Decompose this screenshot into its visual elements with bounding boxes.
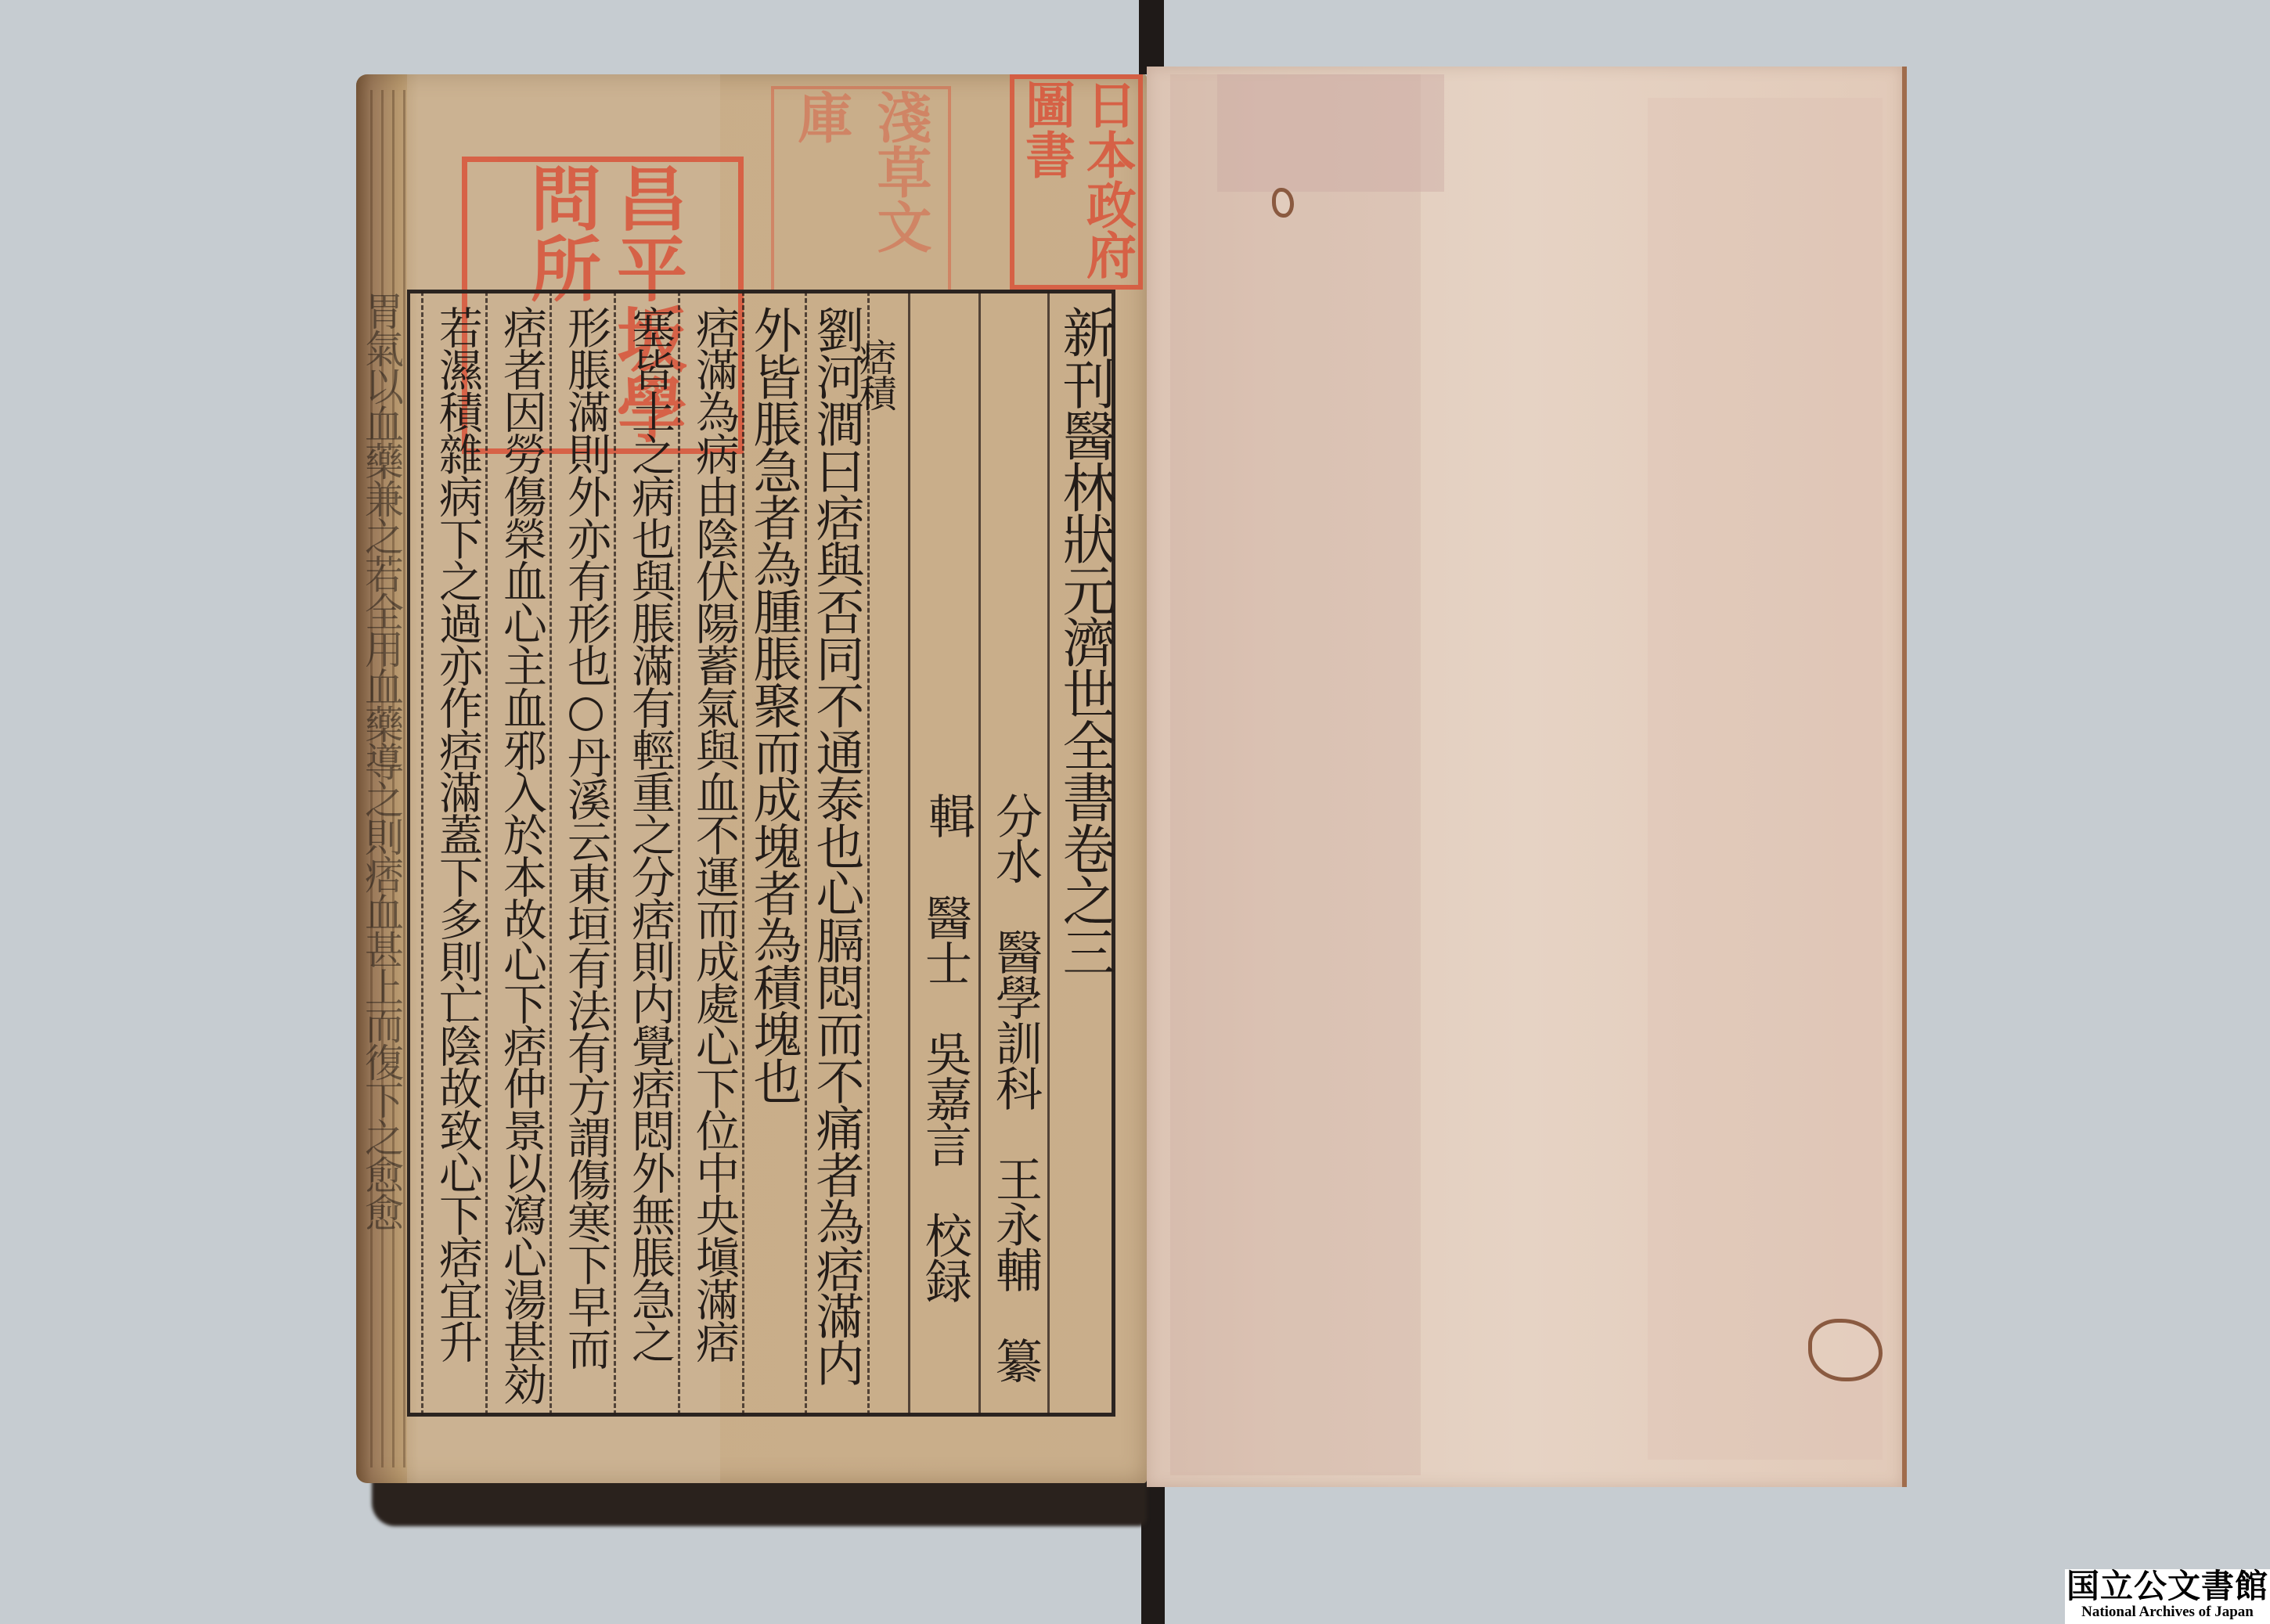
wormhole-damage <box>1272 188 1294 218</box>
paper-patch <box>1648 98 1883 1460</box>
text-column-body: 胃氣以血藥兼之若全用血藥導之則痞血甚上而復下之愈愈 <box>359 291 409 1415</box>
text-column-title: 新刊醫林狀元濟世全書卷之三 <box>1047 291 1118 1415</box>
logo-japanese-text: 国立公文書館 <box>2065 1569 2270 1604</box>
text-column-author: 分水 醫學訓科 王永輔 纂輯 <box>978 291 1049 1415</box>
seal-library-stamp-center: 淺草文庫 <box>771 86 951 293</box>
binding-cord-top <box>1139 0 1164 74</box>
text-column-body <box>409 291 423 1415</box>
text-column-body: 外皆脹急者為腫脹聚而成塊者為積塊也 <box>742 291 805 1415</box>
paper-patch <box>1217 74 1444 192</box>
book-shadow <box>372 1479 1147 1526</box>
text-column-body: 塞皆土之病也與脹滿有輕重之分痞則内覺痞悶外無脹急之 <box>614 291 678 1415</box>
seal-library-stamp-right: 日本政府圖書 <box>1010 74 1143 290</box>
text-column-body: 痞滿為病由陰伏陽蓄氣與血不運而成處心下位中央塡滿痞 <box>678 291 742 1415</box>
text-column-body: 形脹滿則外亦有形也○丹溪云東垣有法有方謂傷寒下早而 <box>549 291 614 1415</box>
text-column-body: 劉河澗曰痞與否同不通泰也心膈悶而不痛者為痞滿内 <box>805 291 867 1415</box>
national-archives-logo: 国立公文書館 National Archives of Japan <box>2065 1569 2270 1624</box>
logo-english-text: National Archives of Japan <box>2065 1604 2270 1621</box>
text-column-body: 若濕積雜病下之過亦作痞滿蓋下多則亡陰故致心下痞宜升 <box>421 291 485 1415</box>
right-page-flyleaf <box>1147 67 1907 1487</box>
paper-patch <box>1170 74 1421 1475</box>
text-column-body: 痞者因勞傷榮血心主血邪入於本故心下痞仲景以瀉心湯甚効 <box>485 291 549 1415</box>
text-column-editor: 醫士 吳嘉言 校録 <box>908 291 978 1415</box>
text-column-heading: 痞積 <box>867 291 908 1415</box>
